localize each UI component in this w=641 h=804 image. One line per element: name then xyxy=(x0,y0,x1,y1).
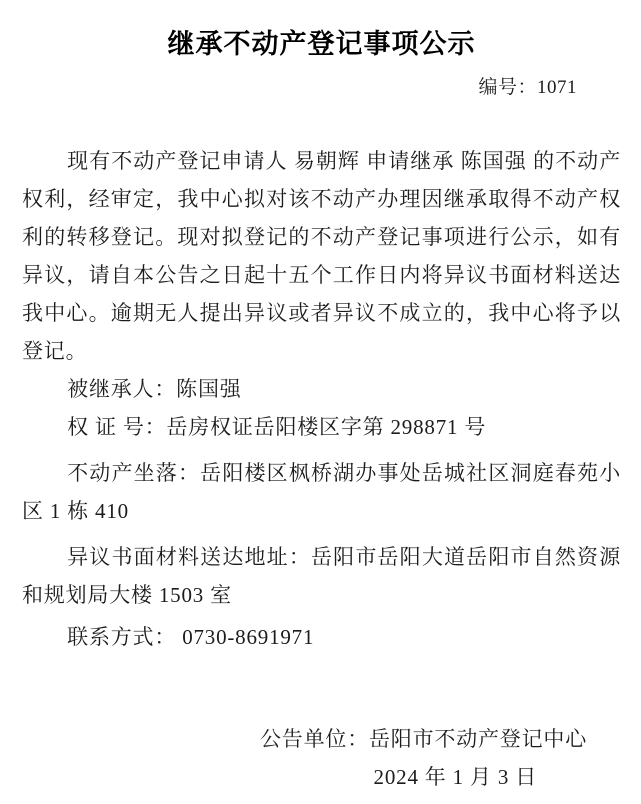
field-decedent: 被继承人：陈国强 xyxy=(22,370,621,408)
field-certificate-number: 权 证 号：岳房权证岳阳楼区字第 298871 号 xyxy=(22,408,621,446)
notice-document: 继承不动产登记事项公示 编号：1071 现有不动产登记申请人 易朝辉 申请继承 … xyxy=(0,0,641,804)
field-objection-address: 异议书面材料送达地址：岳阳市岳阳大道岳阳市自然资源和规划局大楼 1503 室 xyxy=(22,538,621,614)
notice-body-paragraph: 现有不动产登记申请人 易朝辉 申请继承 陈国强 的不动产权利，经审定，我中心拟对… xyxy=(22,142,621,370)
doc-number: 编号：1071 xyxy=(22,74,621,102)
field-contact: 联系方式： 0730-8691971 xyxy=(22,618,621,656)
footer: 公告单位：岳阳市不动产登记中心 2024 年 1 月 3 日 xyxy=(22,720,621,796)
date-line: 2024 年 1 月 3 日 xyxy=(22,758,621,796)
field-property-location: 不动产坐落：岳阳楼区枫桥湖办事处岳城社区洞庭春苑小区 1 栋 410 xyxy=(22,454,621,530)
issuer-line: 公告单位：岳阳市不动产登记中心 xyxy=(22,720,621,758)
page-title: 继承不动产登记事项公示 xyxy=(22,26,621,62)
